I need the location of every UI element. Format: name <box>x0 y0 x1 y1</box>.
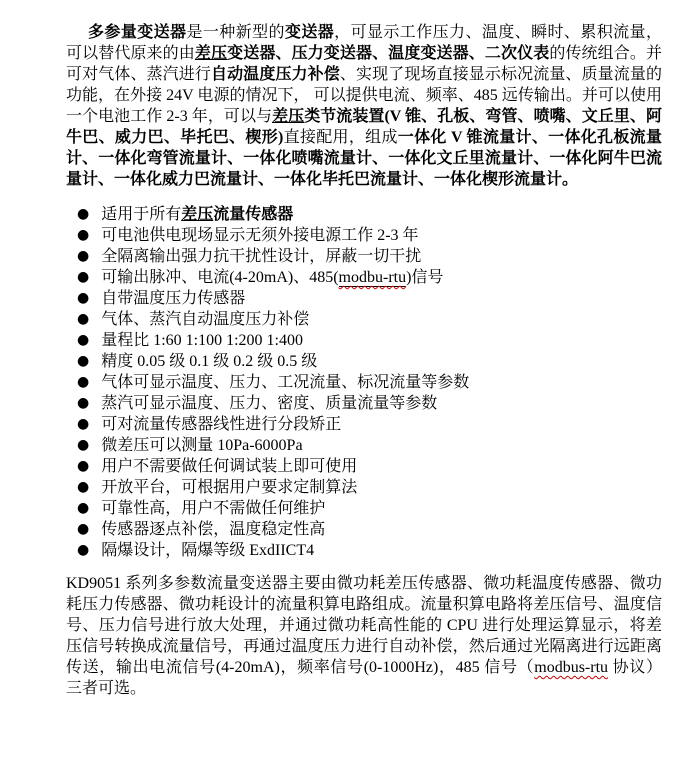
feature-text: 气体可显示温度、压力、工况流量、标况流量等参数 <box>101 374 469 391</box>
feature-text: 隔爆设计，隔爆等级 ExdIICT4 <box>101 542 314 559</box>
feature-text: 全隔离输出强力抗干扰性设计，屏蔽一切干扰 <box>101 248 421 265</box>
text-segment: 自动温度压力补偿 <box>211 66 340 83</box>
text-segment: 差压 <box>195 45 227 62</box>
feature-item: ●自带温度压力传感器 <box>77 288 662 309</box>
feature-item: ●传感器逐点补偿，温度稳定性高 <box>77 519 662 540</box>
bullet-icon: ● <box>77 204 89 225</box>
text-segment: 精度 0.05 级 0.1 级 0.2 级 0.5 级 <box>101 353 317 370</box>
text-segment: 自带温度压力传感器 <box>101 290 245 307</box>
feature-text: 可对流量传感器线性进行分段矫正 <box>101 416 341 433</box>
feature-text: 自带温度压力传感器 <box>101 290 245 307</box>
feature-item: ●量程比 1:60 1:100 1:200 1:400 <box>77 330 662 351</box>
feature-text: 适用于所有差压流量传感器 <box>101 206 293 223</box>
feature-item: ●可对流量传感器线性进行分段矫正 <box>77 414 662 435</box>
text-segment: 气体可显示温度、压力、工况流量、标况流量等参数 <box>101 374 469 391</box>
text-segment: 微差压可以测量 10Pa-6000Pa <box>101 437 302 454</box>
feature-item: ●气体、蒸汽自动温度压力补偿 <box>77 309 662 330</box>
text-segment: 可输出脉冲、电流(4-20mA)、485( <box>101 269 338 286</box>
feature-text: 气体、蒸汽自动温度压力补偿 <box>101 311 309 328</box>
feature-item: ●可电池供电现场显示无须外接电源工作 2-3 年 <box>77 225 662 246</box>
feature-text: 可电池供电现场显示无须外接电源工作 2-3 年 <box>101 227 418 244</box>
text-segment: 可靠性高，用户不需做任何维护 <box>101 500 325 517</box>
feature-item: ●精度 0.05 级 0.1 级 0.2 级 0.5 级 <box>77 351 662 372</box>
feature-item: ●蒸汽可显示温度、压力、密度、质量流量等参数 <box>77 393 662 414</box>
bullet-icon: ● <box>77 456 89 477</box>
feature-text: 精度 0.05 级 0.1 级 0.2 级 0.5 级 <box>101 353 317 370</box>
bullet-icon: ● <box>77 372 89 393</box>
feature-text: 可输出脉冲、电流(4-20mA)、485(modbu-rtu)信号 <box>101 269 443 287</box>
feature-list: ●适用于所有差压流量传感器●可电池供电现场显示无须外接电源工作 2-3 年●全隔… <box>66 204 662 561</box>
text-segment: 流量传感器 <box>213 206 293 223</box>
feature-item: ●气体可显示温度、压力、工况流量、标况流量等参数 <box>77 372 662 393</box>
text-segment: 传感器逐点补偿，温度稳定性高 <box>101 521 325 538</box>
text-segment: 直接配用，组成 <box>283 129 397 146</box>
bullet-icon: ● <box>77 351 89 372</box>
feature-text: 可靠性高，用户不需做任何维护 <box>101 500 325 517</box>
feature-item: ●可输出脉冲、电流(4-20mA)、485(modbu-rtu)信号 <box>77 267 662 288</box>
text-segment: 气体、蒸汽自动温度压力补偿 <box>101 311 309 328</box>
bullet-icon: ● <box>77 288 89 309</box>
text-segment: 差压 <box>272 108 304 125</box>
bullet-icon: ● <box>77 477 89 498</box>
text-segment: 可对流量传感器线性进行分段矫正 <box>101 416 341 433</box>
document-page: 多参量变送器是一种新型的变送器，可显示工作压力、温度、瞬时、累积流量，可以替代原… <box>0 0 681 699</box>
feature-item: ●全隔离输出强力抗干扰性设计，屏蔽一切干扰 <box>77 246 662 267</box>
feature-text: 传感器逐点补偿，温度稳定性高 <box>101 521 325 538</box>
text-segment: 可电池供电现场显示无须外接电源工作 2-3 年 <box>101 227 418 244</box>
feature-item: ●可靠性高，用户不需做任何维护 <box>77 498 662 519</box>
text-segment: 全隔离输出强力抗干扰性设计，屏蔽一切干扰 <box>101 248 421 265</box>
text-segment: 差压 <box>181 206 213 223</box>
bullet-icon: ● <box>77 267 89 288</box>
feature-text: 开放平台，可根据用户要求定制算法 <box>101 479 357 496</box>
text-segment: 变送器、压力变送器、温度变送器、二次仪表 <box>227 45 549 62</box>
outro-paragraph: KD9051 系列多参数流量变送器主要由微功耗差压传感器、微功耗温度传感器、微功… <box>66 573 662 699</box>
text-segment: 开放平台，可根据用户要求定制算法 <box>101 479 357 496</box>
bullet-icon: ● <box>77 498 89 519</box>
text-segment: 多参量变送器 <box>88 24 186 41</box>
feature-item: ●微差压可以测量 10Pa-6000Pa <box>77 435 662 456</box>
bullet-icon: ● <box>77 246 89 267</box>
intro-paragraph: 多参量变送器是一种新型的变送器，可显示工作压力、温度、瞬时、累积流量，可以替代原… <box>66 22 662 190</box>
text-segment: modbu-rtu <box>339 269 407 287</box>
bullet-icon: ● <box>77 519 89 540</box>
bullet-icon: ● <box>77 540 89 561</box>
text-segment: modbus-rtu <box>534 659 608 676</box>
bullet-icon: ● <box>77 393 89 414</box>
bullet-icon: ● <box>77 435 89 456</box>
bullet-icon: ● <box>77 225 89 246</box>
text-segment: )信号 <box>406 269 443 286</box>
text-segment: 蒸汽可显示温度、压力、密度、质量流量等参数 <box>101 395 437 412</box>
feature-item: ●隔爆设计，隔爆等级 ExdIICT4 <box>77 540 662 561</box>
feature-item: ●用户不需要做任何调试装上即可使用 <box>77 456 662 477</box>
feature-item: ●适用于所有差压流量传感器 <box>77 204 662 225</box>
text-segment: 是一种新型的 <box>186 24 284 41</box>
feature-text: 量程比 1:60 1:100 1:200 1:400 <box>101 332 303 349</box>
text-segment: 变送器 <box>285 24 334 41</box>
bullet-icon: ● <box>77 414 89 435</box>
bullet-icon: ● <box>77 309 89 330</box>
text-segment: 隔爆设计，隔爆等级 ExdIICT4 <box>101 542 314 559</box>
feature-text: 蒸汽可显示温度、压力、密度、质量流量等参数 <box>101 395 437 412</box>
feature-text: 微差压可以测量 10Pa-6000Pa <box>101 437 302 454</box>
text-segment: 量程比 1:60 1:100 1:200 1:400 <box>101 332 303 349</box>
feature-item: ●开放平台，可根据用户要求定制算法 <box>77 477 662 498</box>
text-segment: 适用于所有 <box>101 206 181 223</box>
feature-text: 用户不需要做任何调试装上即可使用 <box>101 458 357 475</box>
text-segment: 用户不需要做任何调试装上即可使用 <box>101 458 357 475</box>
bullet-icon: ● <box>77 330 89 351</box>
